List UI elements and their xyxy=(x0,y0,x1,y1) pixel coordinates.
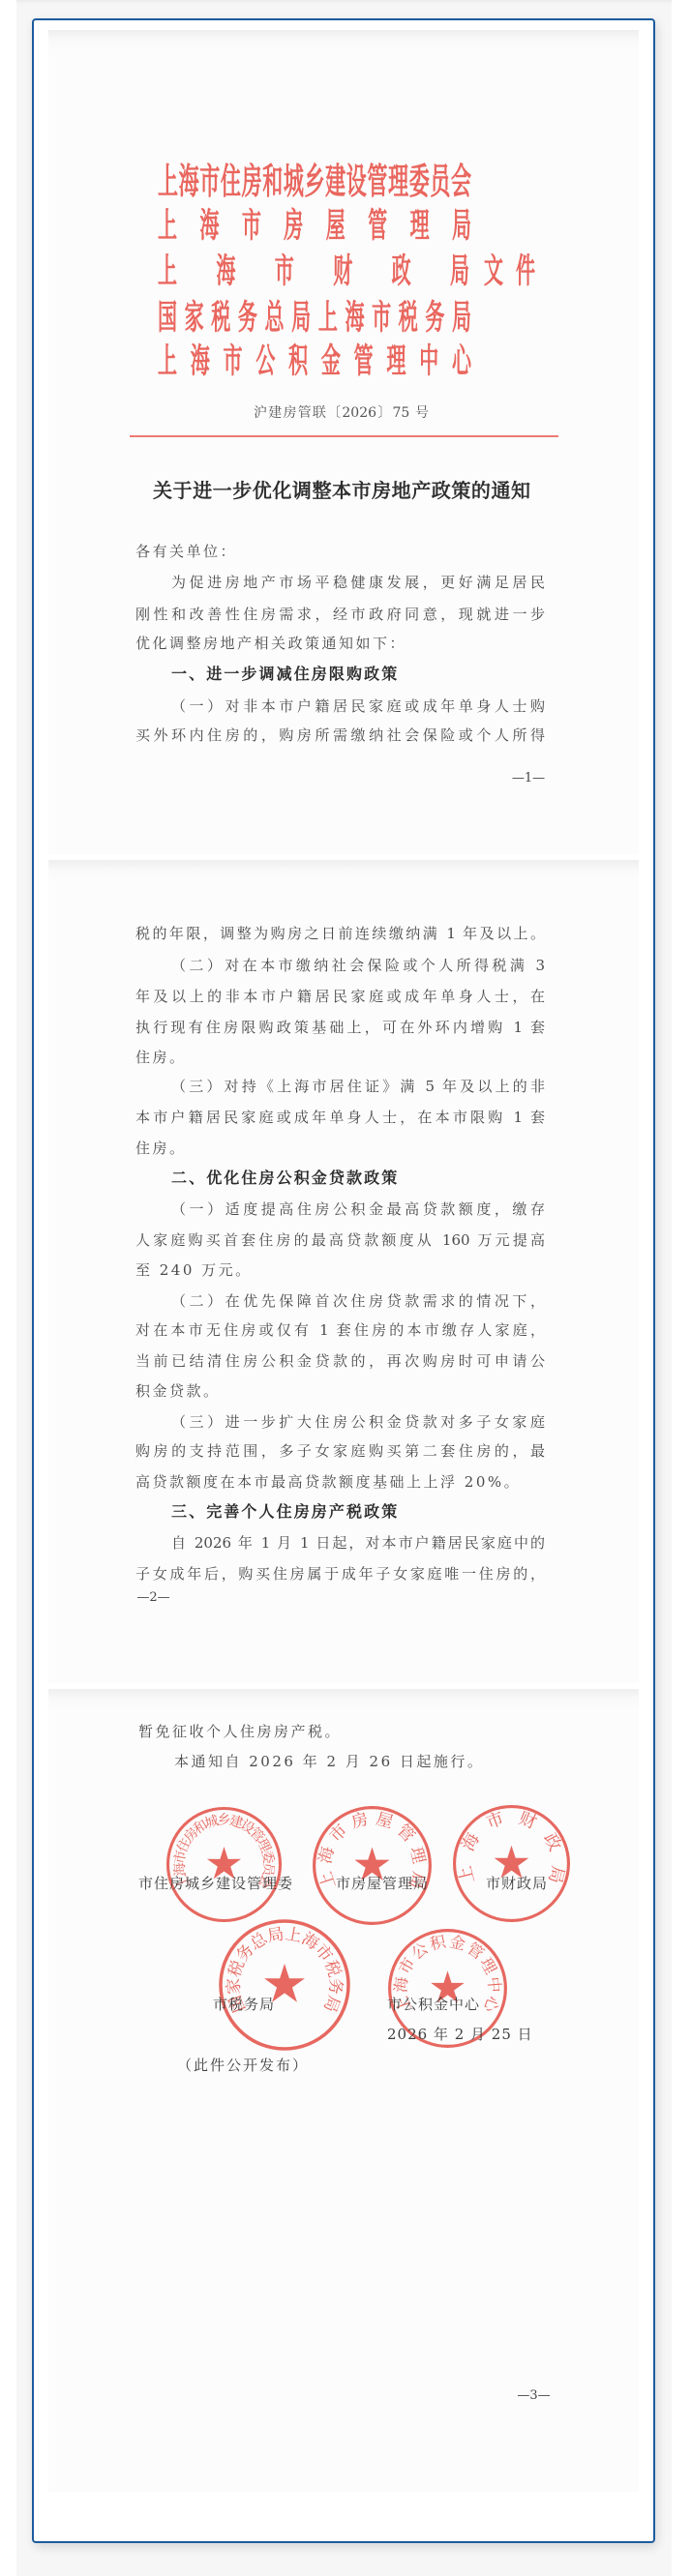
signatory-label-tax: 市税务局 xyxy=(213,1996,275,2013)
issuer-line-finance: 上海市财政局 xyxy=(158,253,469,289)
issuer-line-provident-fund: 上海市公积金管理中心 xyxy=(158,343,471,379)
issuer-line-housing-construction: 上海市住房和城乡建设管理委员会 xyxy=(158,164,471,200)
body-line: （一）对非本市户籍居民家庭或成年单身人士购 xyxy=(171,691,545,722)
section-heading-3: 三、完善个人住房房产税政策 xyxy=(171,1496,399,1527)
body-line: 子女成年后，购买住房属于成年子女家庭唯一住房的， xyxy=(135,1558,545,1589)
body-line: 税的年限，调整为购房之日前连续缴纳满 1 年及以上。 xyxy=(135,918,545,949)
body-line: 住房。 xyxy=(135,1133,187,1164)
page-number-3: —3— xyxy=(513,2388,555,2404)
body-line: 暂免征收个人住房房产税。 xyxy=(138,1716,342,1747)
signatory-label-provident-fund: 市公积金中心 xyxy=(387,1996,480,2013)
body-line: 刚性和改善性住房需求，经市政府同意，现就进一步 xyxy=(135,599,545,630)
body-line: （二）对在本市缴纳社会保险或个人所得税满 3 xyxy=(171,950,545,981)
body-line: 执行现有住房限购政策基础上，可在外环内增购 1 套 xyxy=(135,1012,545,1043)
section-heading-1: 一、进一步调减住房限购政策 xyxy=(171,659,399,690)
issuer-line-tax: 国家税务总局上海市税务局 xyxy=(158,300,471,336)
seal-housing-admin-icon: 上海市房屋管理局 xyxy=(311,1804,434,1927)
signatory-label-finance: 市财政局 xyxy=(486,1875,548,1892)
body-line: 对在本市无住房或仅有 1 套住房的本市缴存人家庭， xyxy=(135,1315,545,1346)
body-line: 至 240 万元。 xyxy=(135,1255,253,1286)
body-line: 自 2026 年 1 月 1 日起，对本市户籍居民家庭中的 xyxy=(171,1527,545,1558)
body-line: 为促进房地产市场平稳健康发展，更好满足居民 xyxy=(171,567,545,598)
seal-housing-construction-icon: 上海市住房和城乡建设管理委员会 xyxy=(165,1805,284,1924)
salutation: 各有关单位： xyxy=(135,536,237,567)
release-note: （此件公开发布） xyxy=(177,2057,309,2074)
seal-finance-bureau-icon: 上海市财政局 xyxy=(451,1803,572,1924)
body-line: 本市户籍居民家庭或成年单身人士，在本市限购 1 套 xyxy=(135,1102,545,1133)
page-number-2: —2— xyxy=(133,1590,174,1606)
body-line: 积金贷款。 xyxy=(135,1376,221,1406)
seal-tax-bureau-icon: 国家税务总局上海市税务局 xyxy=(217,1917,352,2053)
body-line: （二）在优先保障首次住房贷款需求的情况下， xyxy=(171,1286,545,1317)
document-number: 沪建房管联〔2026〕75 号 xyxy=(254,404,429,422)
section-heading-2: 二、优化住房公积金贷款政策 xyxy=(171,1163,399,1194)
red-divider xyxy=(130,435,558,437)
doc-type-label: 文件 xyxy=(484,253,535,289)
star-icon xyxy=(495,1846,529,1879)
body-line: 年及以上的非本市户籍居民家庭或成年单身人士，在 xyxy=(135,981,545,1012)
body-line: 当前已结清住房公积金贷款的，再次购房时可申请公 xyxy=(135,1346,545,1377)
issuer-line-housing-admin: 上海市房屋管理局 xyxy=(158,208,471,244)
body-line: 买外环内住房的，购房所需缴纳社会保险或个人所得 xyxy=(135,720,545,751)
body-line: （一）适度提高住房公积金最高贷款额度，缴存 xyxy=(171,1194,545,1225)
signatory-label-housing-admin: 市房屋管理局 xyxy=(336,1875,429,1892)
body-line: （三）进一步扩大住房公积金贷款对多子女家庭 xyxy=(171,1406,545,1437)
signing-date: 2026 年 2 月 25 日 xyxy=(387,2026,533,2043)
document-title: 关于进一步优化调整本市房地产政策的通知 xyxy=(153,477,530,504)
body-line: （三）对持《上海市居住证》满 5 年及以上的非 xyxy=(171,1071,545,1102)
effective-date-line: 本通知自 2026 年 2 月 26 日起施行。 xyxy=(174,1746,484,1777)
body-line: 高贷款额度在本市最高贷款额度基础上上浮 20%。 xyxy=(135,1466,521,1497)
body-line: 优化调整房地产相关政策通知如下： xyxy=(135,628,406,659)
signatory-label-housing-construction: 市住房城乡建设管理委 xyxy=(138,1875,293,1892)
body-line: 住房。 xyxy=(135,1042,187,1073)
body-line: 购房的支持范围，多子女家庭购买第二套住房的，最 xyxy=(135,1436,545,1466)
body-line: 人家庭购买首套住房的最高贷款额度从 160 万元提高 xyxy=(135,1225,545,1256)
page-number-1: —1— xyxy=(508,771,549,786)
